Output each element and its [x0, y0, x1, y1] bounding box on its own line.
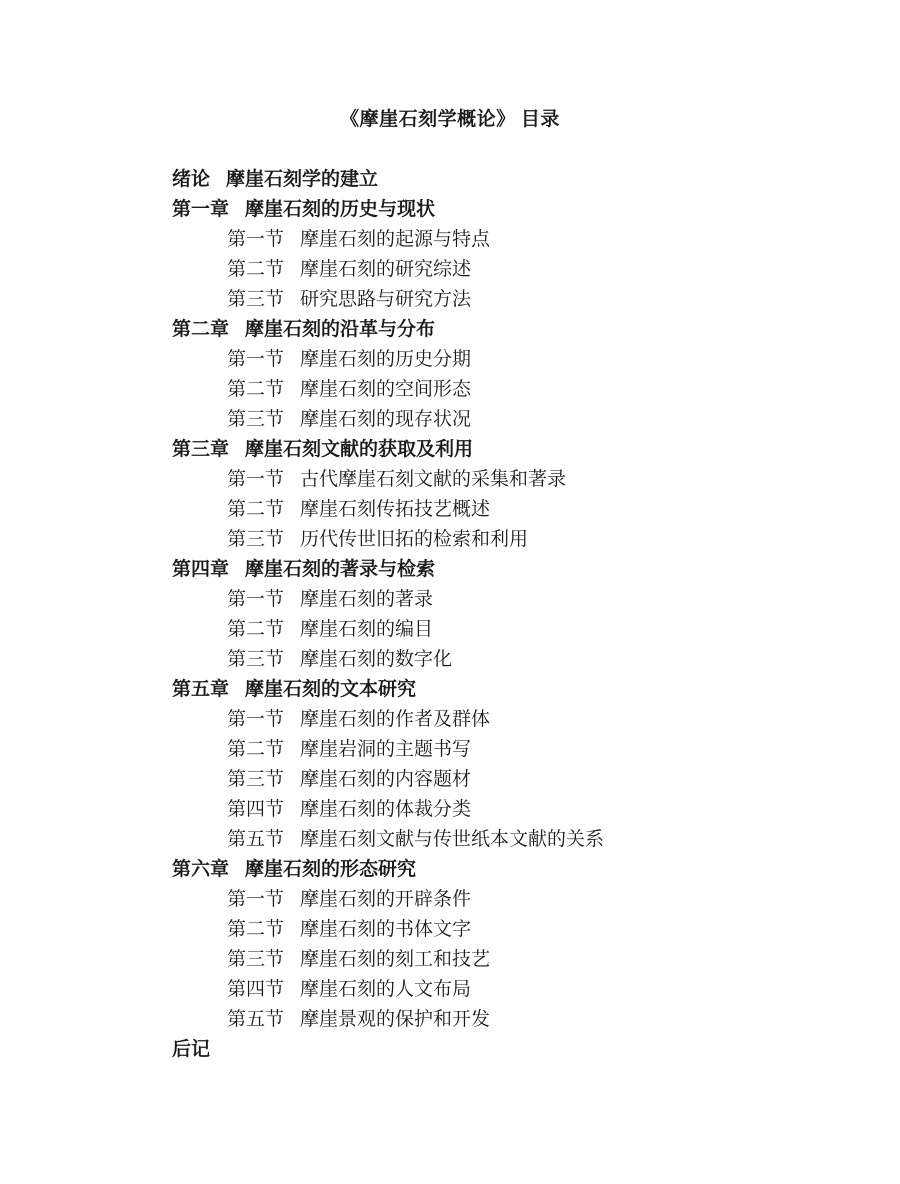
toc-entry-title: 摩崖石刻的人文布局	[300, 979, 471, 1000]
toc-entry-title: 摩崖石刻的著录	[300, 589, 433, 610]
toc-entry: 第四节摩崖石刻的人文布局	[172, 975, 840, 1005]
toc-entry: 第一节摩崖石刻的历史分期	[172, 345, 840, 375]
toc-entry: 第二节摩崖岩洞的主题书写	[172, 735, 840, 765]
toc-entry: 第二节摩崖石刻的编目	[172, 615, 840, 645]
toc-entry-title: 摩崖石刻的编目	[300, 619, 433, 640]
toc-entry-number: 第二章	[172, 319, 229, 340]
toc-entry-number: 第二节	[227, 259, 284, 280]
toc-entry-number: 第一节	[227, 349, 284, 370]
toc-entry-title: 研究思路与研究方法	[300, 289, 471, 310]
toc-entry-number: 第二节	[227, 379, 284, 400]
toc-entry: 第一节摩崖石刻的起源与特点	[172, 225, 840, 255]
toc-entry-title: 摩崖石刻学的建立	[226, 169, 378, 190]
toc-entry-title: 摩崖岩洞的主题书写	[300, 739, 471, 760]
toc-entry: 绪论摩崖石刻学的建立	[172, 165, 840, 195]
toc-entry: 第二节摩崖石刻的空间形态	[172, 375, 840, 405]
toc-entry: 第六章摩崖石刻的形态研究	[172, 855, 840, 885]
toc-entry-number: 第三节	[227, 529, 284, 550]
toc-entry: 第一节摩崖石刻的开辟条件	[172, 885, 840, 915]
toc-entry-title: 摩崖石刻的形态研究	[245, 859, 416, 880]
toc-entry-number: 第五节	[227, 1009, 284, 1030]
toc-entry: 第一节摩崖石刻的著录	[172, 585, 840, 615]
toc-entry-number: 第三节	[227, 949, 284, 970]
toc-entry-number: 第一节	[227, 469, 284, 490]
toc-entry: 第三章摩崖石刻文献的获取及利用	[172, 435, 840, 465]
toc-entry: 第三节摩崖石刻的刻工和技艺	[172, 945, 840, 975]
toc-entry-number: 第二节	[227, 499, 284, 520]
toc-entry: 第二章摩崖石刻的沿革与分布	[172, 315, 840, 345]
toc-entry: 后记	[172, 1035, 840, 1065]
toc-entry: 第三节研究思路与研究方法	[172, 285, 840, 315]
toc-entry-title: 摩崖石刻的研究综述	[300, 259, 471, 280]
toc-entry: 第三节历代传世旧拓的检索和利用	[172, 525, 840, 555]
document-page: 《摩崖石刻学概论》 目录 绪论摩崖石刻学的建立第一章摩崖石刻的历史与现状第一节摩…	[0, 0, 900, 1184]
toc-entry: 第三节摩崖石刻的数字化	[172, 645, 840, 675]
toc-entry-title: 摩崖石刻的著录与检索	[245, 559, 435, 580]
table-of-contents: 绪论摩崖石刻学的建立第一章摩崖石刻的历史与现状第一节摩崖石刻的起源与特点第二节摩…	[0, 165, 900, 1065]
toc-entry-number: 第一节	[227, 589, 284, 610]
toc-entry-title: 摩崖石刻的沿革与分布	[245, 319, 435, 340]
toc-entry-number: 第三章	[172, 439, 229, 460]
toc-entry-number: 第三节	[227, 409, 284, 430]
toc-entry-title: 摩崖石刻的历史分期	[300, 349, 471, 370]
toc-entry-title: 摩崖石刻文献的获取及利用	[245, 439, 473, 460]
toc-entry-number: 第三节	[227, 289, 284, 310]
toc-entry-number: 第二节	[227, 919, 284, 940]
toc-entry-title: 摩崖景观的保护和开发	[300, 1009, 490, 1030]
toc-entry-number: 第五章	[172, 679, 229, 700]
toc-entry-title: 摩崖石刻的数字化	[300, 649, 452, 670]
toc-entry: 第五节摩崖石刻文献与传世纸本文献的关系	[172, 825, 840, 855]
toc-entry-number: 第一节	[227, 709, 284, 730]
toc-entry-title: 摩崖石刻的现存状况	[300, 409, 471, 430]
toc-entry: 第二节摩崖石刻的书体文字	[172, 915, 840, 945]
toc-entry: 第三节摩崖石刻的内容题材	[172, 765, 840, 795]
toc-entry: 第一节摩崖石刻的作者及群体	[172, 705, 840, 735]
toc-entry-title: 摩崖石刻的内容题材	[300, 769, 471, 790]
toc-entry-number: 第六章	[172, 859, 229, 880]
toc-entry: 第五章摩崖石刻的文本研究	[172, 675, 840, 705]
toc-entry-number: 第二节	[227, 739, 284, 760]
toc-entry: 第一节古代摩崖石刻文献的采集和著录	[172, 465, 840, 495]
toc-entry-number: 第三节	[227, 649, 284, 670]
toc-entry-title: 摩崖石刻的历史与现状	[245, 199, 435, 220]
toc-entry-title: 古代摩崖石刻文献的采集和著录	[300, 469, 566, 490]
toc-entry-title: 摩崖石刻的刻工和技艺	[300, 949, 490, 970]
toc-entry: 第四节摩崖石刻的体裁分类	[172, 795, 840, 825]
toc-entry-title: 摩崖石刻的书体文字	[300, 919, 471, 940]
toc-entry-title: 摩崖石刻的起源与特点	[300, 229, 490, 250]
toc-entry-title: 摩崖石刻的开辟条件	[300, 889, 471, 910]
toc-entry: 第三节摩崖石刻的现存状况	[172, 405, 840, 435]
toc-entry-number: 第一节	[227, 889, 284, 910]
toc-entry-number: 第三节	[227, 769, 284, 790]
toc-entry-number: 第一章	[172, 199, 229, 220]
toc-entry: 第二节摩崖石刻传拓技艺概述	[172, 495, 840, 525]
toc-entry-number: 第五节	[227, 829, 284, 850]
toc-entry-number: 第二节	[227, 619, 284, 640]
toc-entry: 第五节摩崖景观的保护和开发	[172, 1005, 840, 1035]
toc-entry-title: 摩崖石刻的作者及群体	[300, 709, 490, 730]
toc-entry-title: 摩崖石刻的体裁分类	[300, 799, 471, 820]
toc-entry-title: 摩崖石刻文献与传世纸本文献的关系	[300, 829, 604, 850]
toc-entry: 第四章摩崖石刻的著录与检索	[172, 555, 840, 585]
toc-entry-title: 摩崖石刻的空间形态	[300, 379, 471, 400]
document-title: 《摩崖石刻学概论》 目录	[0, 0, 900, 135]
toc-entry-title: 摩崖石刻传拓技艺概述	[300, 499, 490, 520]
toc-entry-title: 摩崖石刻的文本研究	[245, 679, 416, 700]
toc-entry-number: 第四节	[227, 799, 284, 820]
toc-entry-title: 历代传世旧拓的检索和利用	[300, 529, 528, 550]
toc-entry-number: 第四章	[172, 559, 229, 580]
toc-entry-number: 后记	[172, 1039, 210, 1060]
toc-entry: 第二节摩崖石刻的研究综述	[172, 255, 840, 285]
toc-entry-number: 第一节	[227, 229, 284, 250]
toc-entry-number: 第四节	[227, 979, 284, 1000]
toc-entry-number: 绪论	[172, 169, 210, 190]
toc-entry: 第一章摩崖石刻的历史与现状	[172, 195, 840, 225]
